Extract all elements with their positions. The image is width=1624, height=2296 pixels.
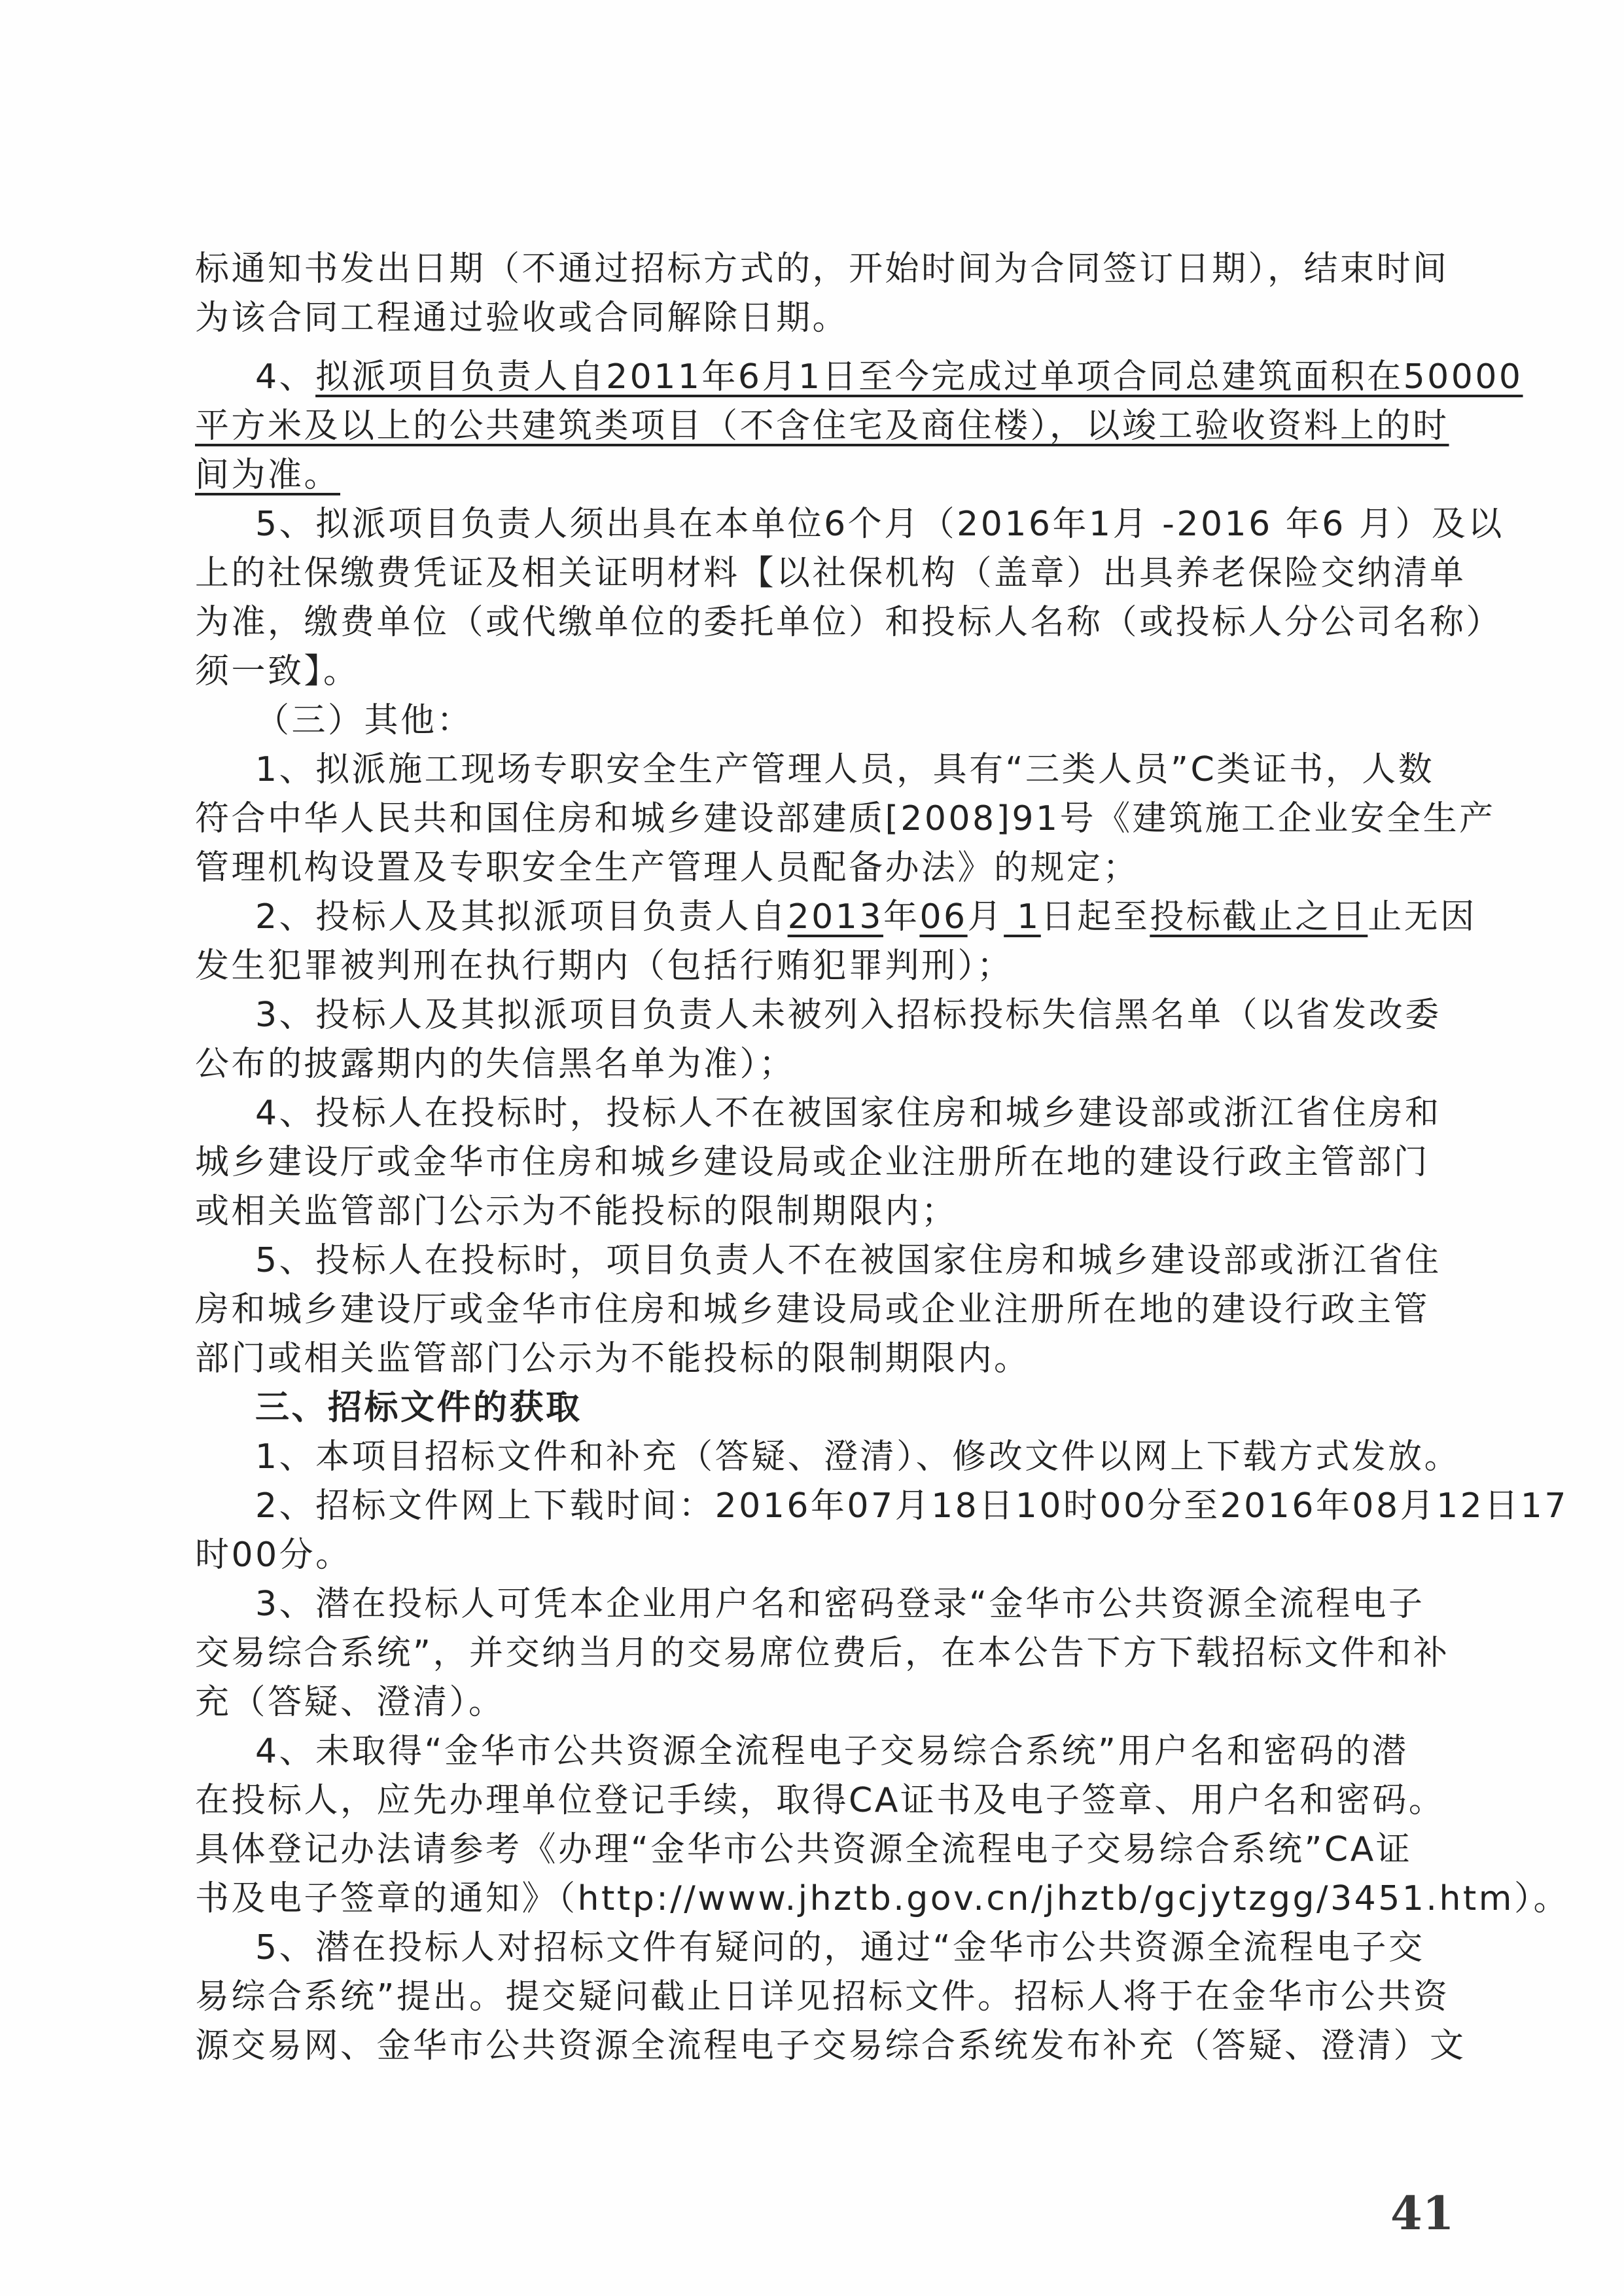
text-line: 5、潜在投标人对招标文件有疑问的，通过“金华市公共资源全流程电子交 [255, 1928, 1353, 1968]
text-segment: 年 [883, 897, 920, 937]
text-line-item-2: 2、投标人及其拟派项目负责人自2013年06月 1日起至投标截止之日止无因 [255, 897, 1353, 937]
text-line: 部门或相关监管部门公示为不能投标的限制期限内。 [195, 1338, 1353, 1379]
text-line: 公布的披露期内的失信黑名单为准）； [195, 1044, 1353, 1085]
text-line: 在投标人，应先办理单位登记手续，取得CA证书及电子签章、用户名和密码。 [195, 1780, 1353, 1821]
text-line: 2、招标文件网上下载时间：2016年07月18日10时00分至2016年08月1… [255, 1486, 1353, 1526]
text-segment: 月 [968, 897, 1004, 937]
section-heading: 三、招标文件的获取 [255, 1388, 1413, 1428]
text-line: 管理机构设置及专职安全生产管理人员配备办法》的规定； [195, 848, 1353, 888]
underlined-text-line: 间为准。 [195, 455, 1353, 495]
document-page: 标通知书发出日期（不通过招标方式的，开始时间为合同签订日期），结束时间 为该合同… [0, 0, 1624, 2296]
text-line: 3、投标人及其拟派项目负责人未被列入招标投标失信黑名单（以省发改委 [255, 995, 1353, 1035]
underlined-month: 06 [919, 897, 967, 937]
text-line-item-4: 4、拟派项目负责人自2011年6月1日至今完成过单项合同总建筑面积在50000 [255, 357, 1353, 397]
text-line: 5、投标人在投标时，项目负责人不在被国家住房和城乡建设部或浙江省住 [255, 1240, 1353, 1281]
text-line: 发生犯罪被判刑在执行期内（包括行贿犯罪判刑）； [195, 946, 1353, 986]
text-segment: 2、投标人及其拟派项目负责人自 [255, 897, 788, 937]
page-number: 41 [1390, 2186, 1454, 2240]
text-line: 房和城乡建设厅或金华市住房和城乡建设局或企业注册所在地的建设行政主管 [195, 1289, 1353, 1330]
text-line: 时00分。 [195, 1535, 1353, 1575]
underlined-text-line: 平方米及以上的公共建筑类项目（不含住宅及商住楼），以竣工验收资料上的时 [195, 406, 1353, 446]
text-line-with-url: 书及电子签章的通知》（http://www.jhztb.gov.cn/jhztb… [195, 1878, 1353, 1919]
text-line: 具体登记办法请参考《办理“金华市公共资源全流程电子交易综合系统”CA证 [195, 1829, 1353, 1870]
text-line: 符合中华人民共和国住房和城乡建设部建质[2008]91号《建筑施工企业安全生产 [195, 798, 1353, 839]
text-line: 4、未取得“金华市公共资源全流程电子交易综合系统”用户名和密码的潜 [255, 1731, 1353, 1772]
text-line: 1、本项目招标文件和补充（答疑、澄清）、修改文件以网上下载方式发放。 [255, 1437, 1353, 1477]
underlined-year: 2013 [788, 897, 883, 937]
text-line: 标通知书发出日期（不通过招标方式的，开始时间为合同签订日期），结束时间 [195, 249, 1353, 289]
text-line: 1、拟派施工现场专职安全生产管理人员，具有“三类人员”C类证书，人数 [255, 749, 1353, 790]
underlined-deadline: 投标截止之日 [1150, 897, 1368, 937]
text-line: 3、潜在投标人可凭本企业用户名和密码登录“金华市公共资源全流程电子 [255, 1584, 1353, 1624]
text-line: 交易综合系统”，并交纳当月的交易席位费后，在本公告下方下载招标文件和补 [195, 1633, 1353, 1674]
underlined-text: 拟派项目负责人自2011年6月1日至今完成过单项合同总建筑面积在50000 [315, 357, 1523, 397]
text-line: 城乡建设厅或金华市住房和城乡建设局或企业注册所在地的建设行政主管部门 [195, 1142, 1353, 1183]
underlined-day: 1 [1004, 897, 1041, 937]
section-heading: （三）其他： [255, 700, 1413, 741]
item-prefix: 4、 [255, 357, 315, 397]
text-line: 充（答疑、澄清）。 [195, 1682, 1353, 1723]
text-line: 须一致】。 [195, 651, 1353, 692]
text-line: 易综合系统”提出。提交疑问截止日详见招标文件。招标人将于在金华市公共资 [195, 1977, 1353, 2017]
text-line: 4、投标人在投标时，投标人不在被国家住房和城乡建设部或浙江省住房和 [255, 1093, 1353, 1134]
text-line: 源交易网、金华市公共资源全流程电子交易综合系统发布补充（答疑、澄清）文 [195, 2026, 1353, 2066]
text-line: 或相关监管部门公示为不能投标的限制期限内； [195, 1191, 1353, 1232]
text-segment: 日起至 [1041, 897, 1150, 937]
text-line: 为准，缴费单位（或代缴单位的委托单位）和投标人名称（或投标人分公司名称） [195, 602, 1353, 643]
text-line: 为该合同工程通过验收或合同解除日期。 [195, 298, 1353, 338]
text-line: 上的社保缴费凭证及相关证明材料【以社保机构（盖章）出具养老保险交纳清单 [195, 553, 1353, 594]
text-segment: 止无因 [1368, 897, 1477, 937]
text-line: 5、拟派项目负责人须出具在本单位6个月（2016年1月 -2016 年6 月）及… [255, 504, 1353, 545]
